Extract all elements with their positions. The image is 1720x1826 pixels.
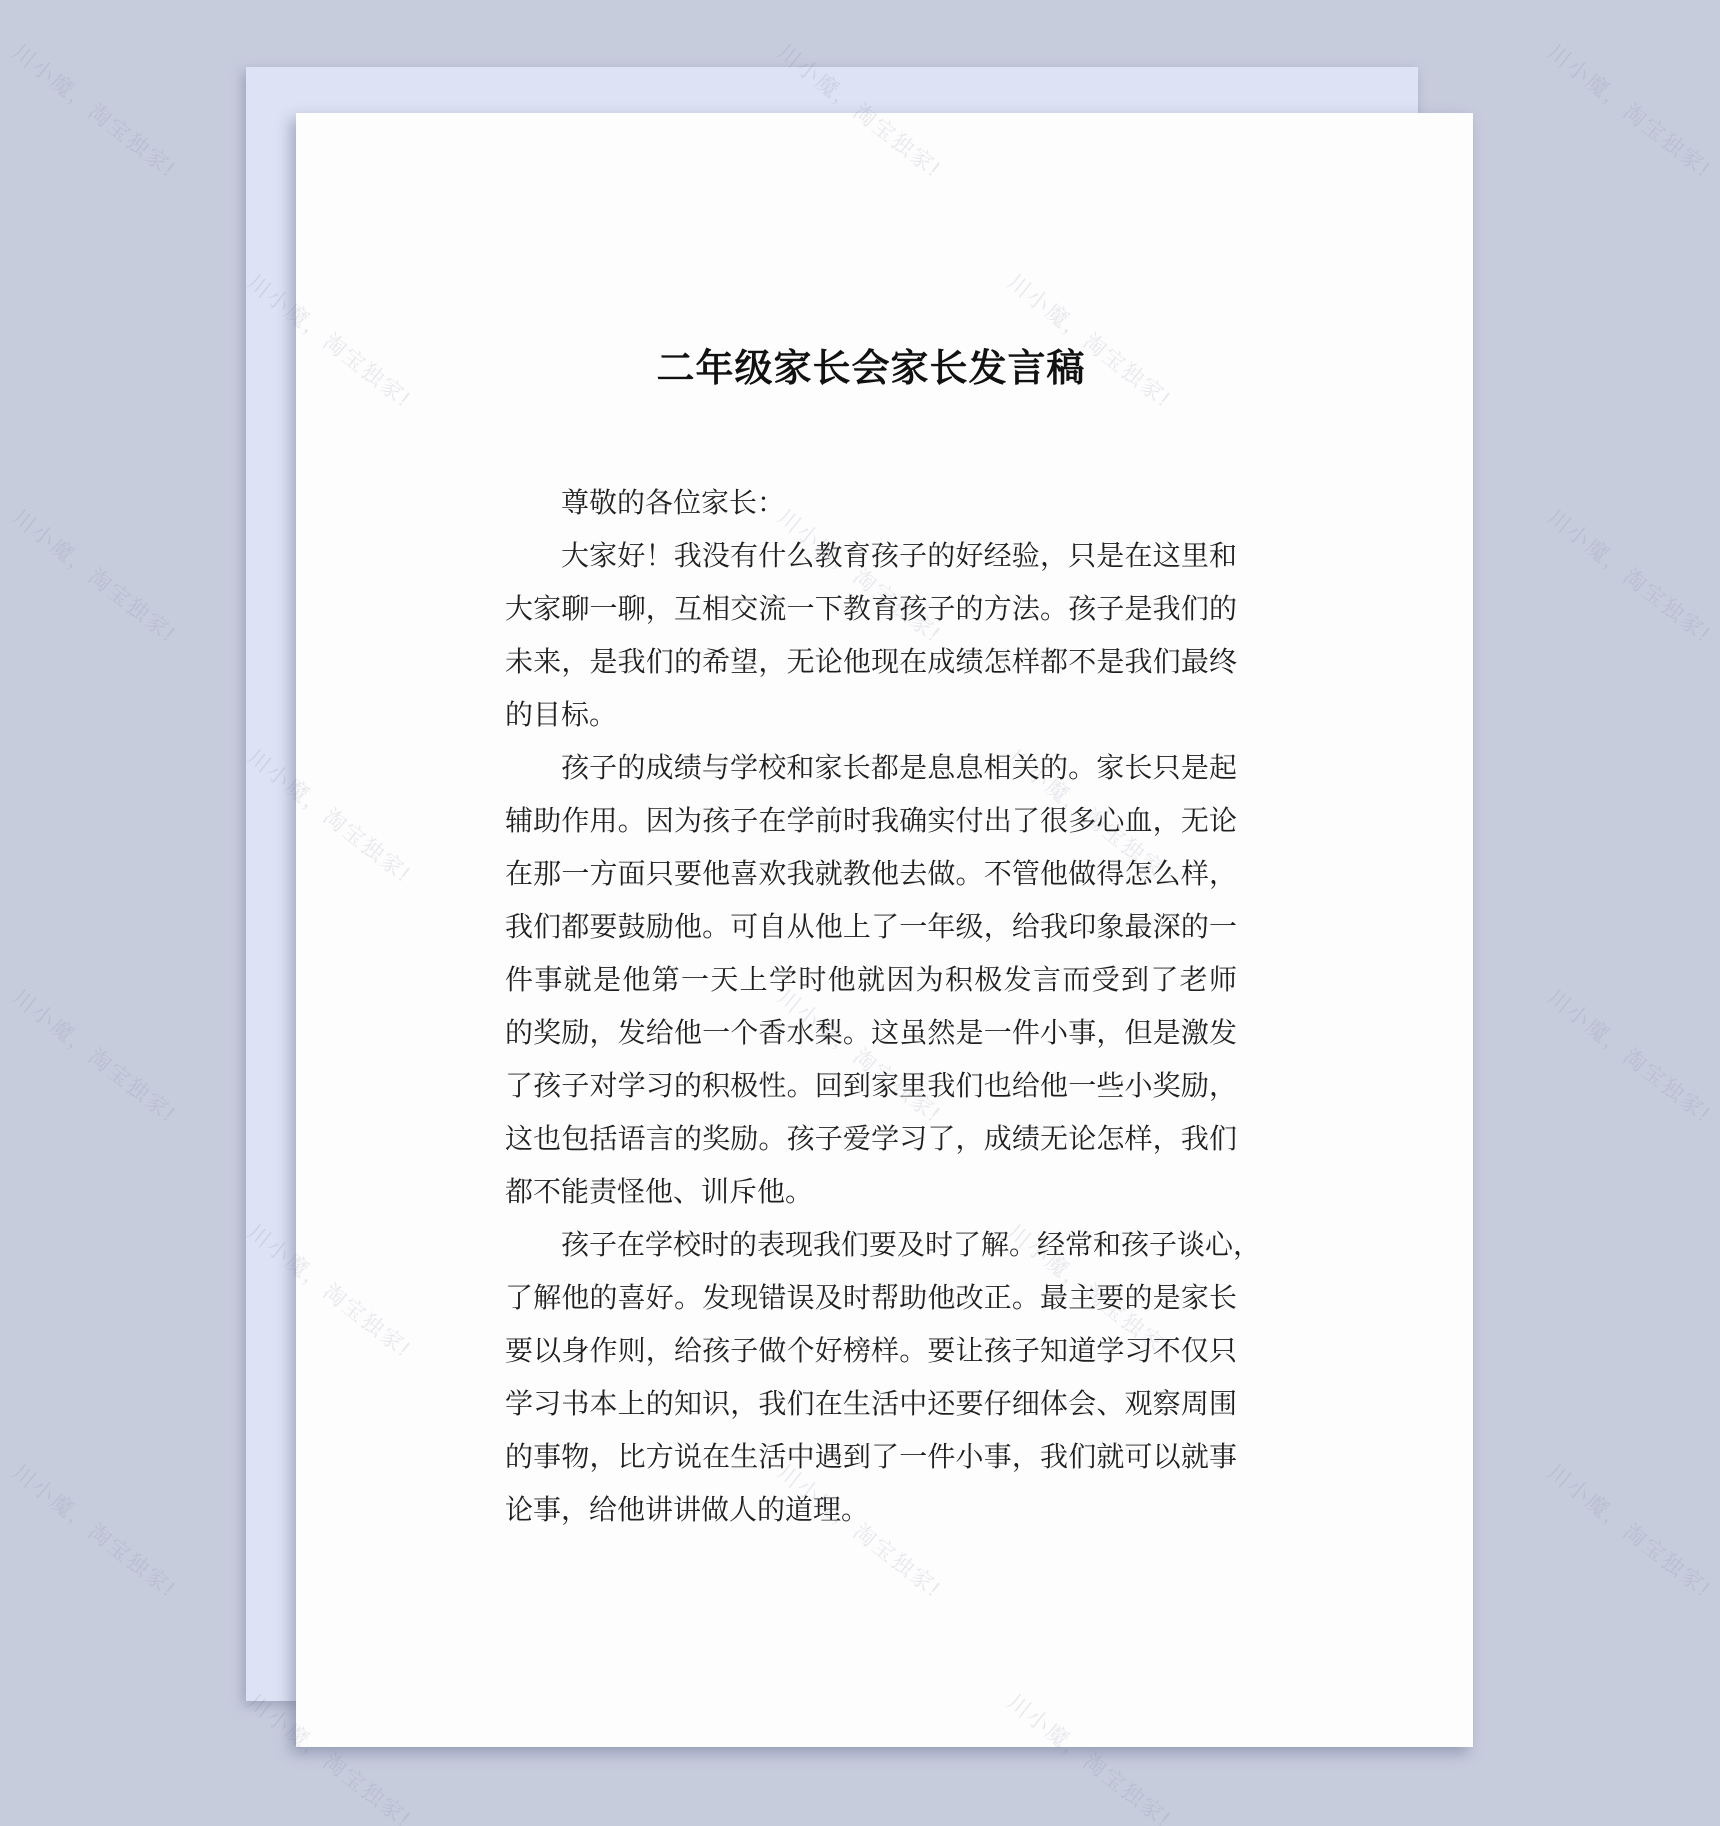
- text-line: 孩子的成绩与学校和家长都是息息相关的。家长只是起: [505, 742, 1237, 795]
- text-line: 论事，给他讲讲做人的道理。: [505, 1484, 1237, 1537]
- watermark-text: 川小魔，淘宝独家!: [1542, 1456, 1719, 1604]
- watermark-text: 川小魔，淘宝独家!: [7, 981, 184, 1129]
- text-line: 的事物，比方说在生活中遇到了一件小事，我们就可以就事: [505, 1431, 1237, 1484]
- text-line: 的奖励，发给他一个香水梨。这虽然是一件小事，但是激发: [505, 1007, 1237, 1060]
- text-line: 了孩子对学习的积极性。回到家里我们也给他一些小奖励，: [505, 1060, 1237, 1113]
- document-title: 二年级家长会家长发言稿: [505, 347, 1237, 391]
- watermark-text: 川小魔，淘宝独家!: [1542, 36, 1719, 184]
- text-line: 我们都要鼓励他。可自从他上了一年级，给我印象最深的一: [505, 901, 1237, 954]
- document-page: 二年级家长会家长发言稿 尊敬的各位家长：大家好！我没有什么教育孩子的好经验，只是…: [296, 113, 1473, 1747]
- text-line: 未来，是我们的希望，无论他现在成绩怎样都不是我们最终: [505, 636, 1237, 689]
- text-line: 了解他的喜好。发现错误及时帮助他改正。最主要的是家长: [505, 1272, 1237, 1325]
- watermark-text: 川小魔，淘宝独家!: [7, 1456, 184, 1604]
- watermark-text: 川小魔，淘宝独家!: [1542, 981, 1719, 1129]
- document-preview-canvas: { "document": { "title": "二年级家长会家长发言稿", …: [0, 0, 1720, 1826]
- watermark-text: 川小魔，淘宝独家!: [7, 501, 184, 649]
- watermark-text: 川小魔，淘宝独家!: [7, 36, 184, 184]
- text-line: 都不能责怪他、训斥他。: [505, 1166, 1237, 1219]
- text-line: 的目标。: [505, 689, 1237, 742]
- text-line: 在那一方面只要他喜欢我就教他去做。不管他做得怎么样，: [505, 848, 1237, 901]
- document-content: 二年级家长会家长发言稿 尊敬的各位家长：大家好！我没有什么教育孩子的好经验，只是…: [505, 347, 1237, 1537]
- text-line: 辅助作用。因为孩子在学前时我确实付出了很多心血，无论: [505, 795, 1237, 848]
- text-line: 孩子在学校时的表现我们要及时了解。经常和孩子谈心，: [505, 1219, 1237, 1272]
- text-line: 这也包括语言的奖励。孩子爱学习了，成绩无论怎样，我们: [505, 1113, 1237, 1166]
- text-line: 要以身作则，给孩子做个好榜样。要让孩子知道学习不仅只: [505, 1325, 1237, 1378]
- watermark-text: 川小魔，淘宝独家!: [1542, 501, 1719, 649]
- text-line: 学习书本上的知识，我们在生活中还要仔细体会、观察周围: [505, 1378, 1237, 1431]
- text-line: 大家聊一聊，互相交流一下教育孩子的方法。孩子是我们的: [505, 583, 1237, 636]
- text-line: 件事就是他第一天上学时他就因为积极发言而受到了老师: [505, 954, 1237, 1007]
- document-body: 尊敬的各位家长：大家好！我没有什么教育孩子的好经验，只是在这里和大家聊一聊，互相…: [505, 477, 1237, 1537]
- text-line: 尊敬的各位家长：: [505, 477, 1237, 530]
- text-line: 大家好！我没有什么教育孩子的好经验，只是在这里和: [505, 530, 1237, 583]
